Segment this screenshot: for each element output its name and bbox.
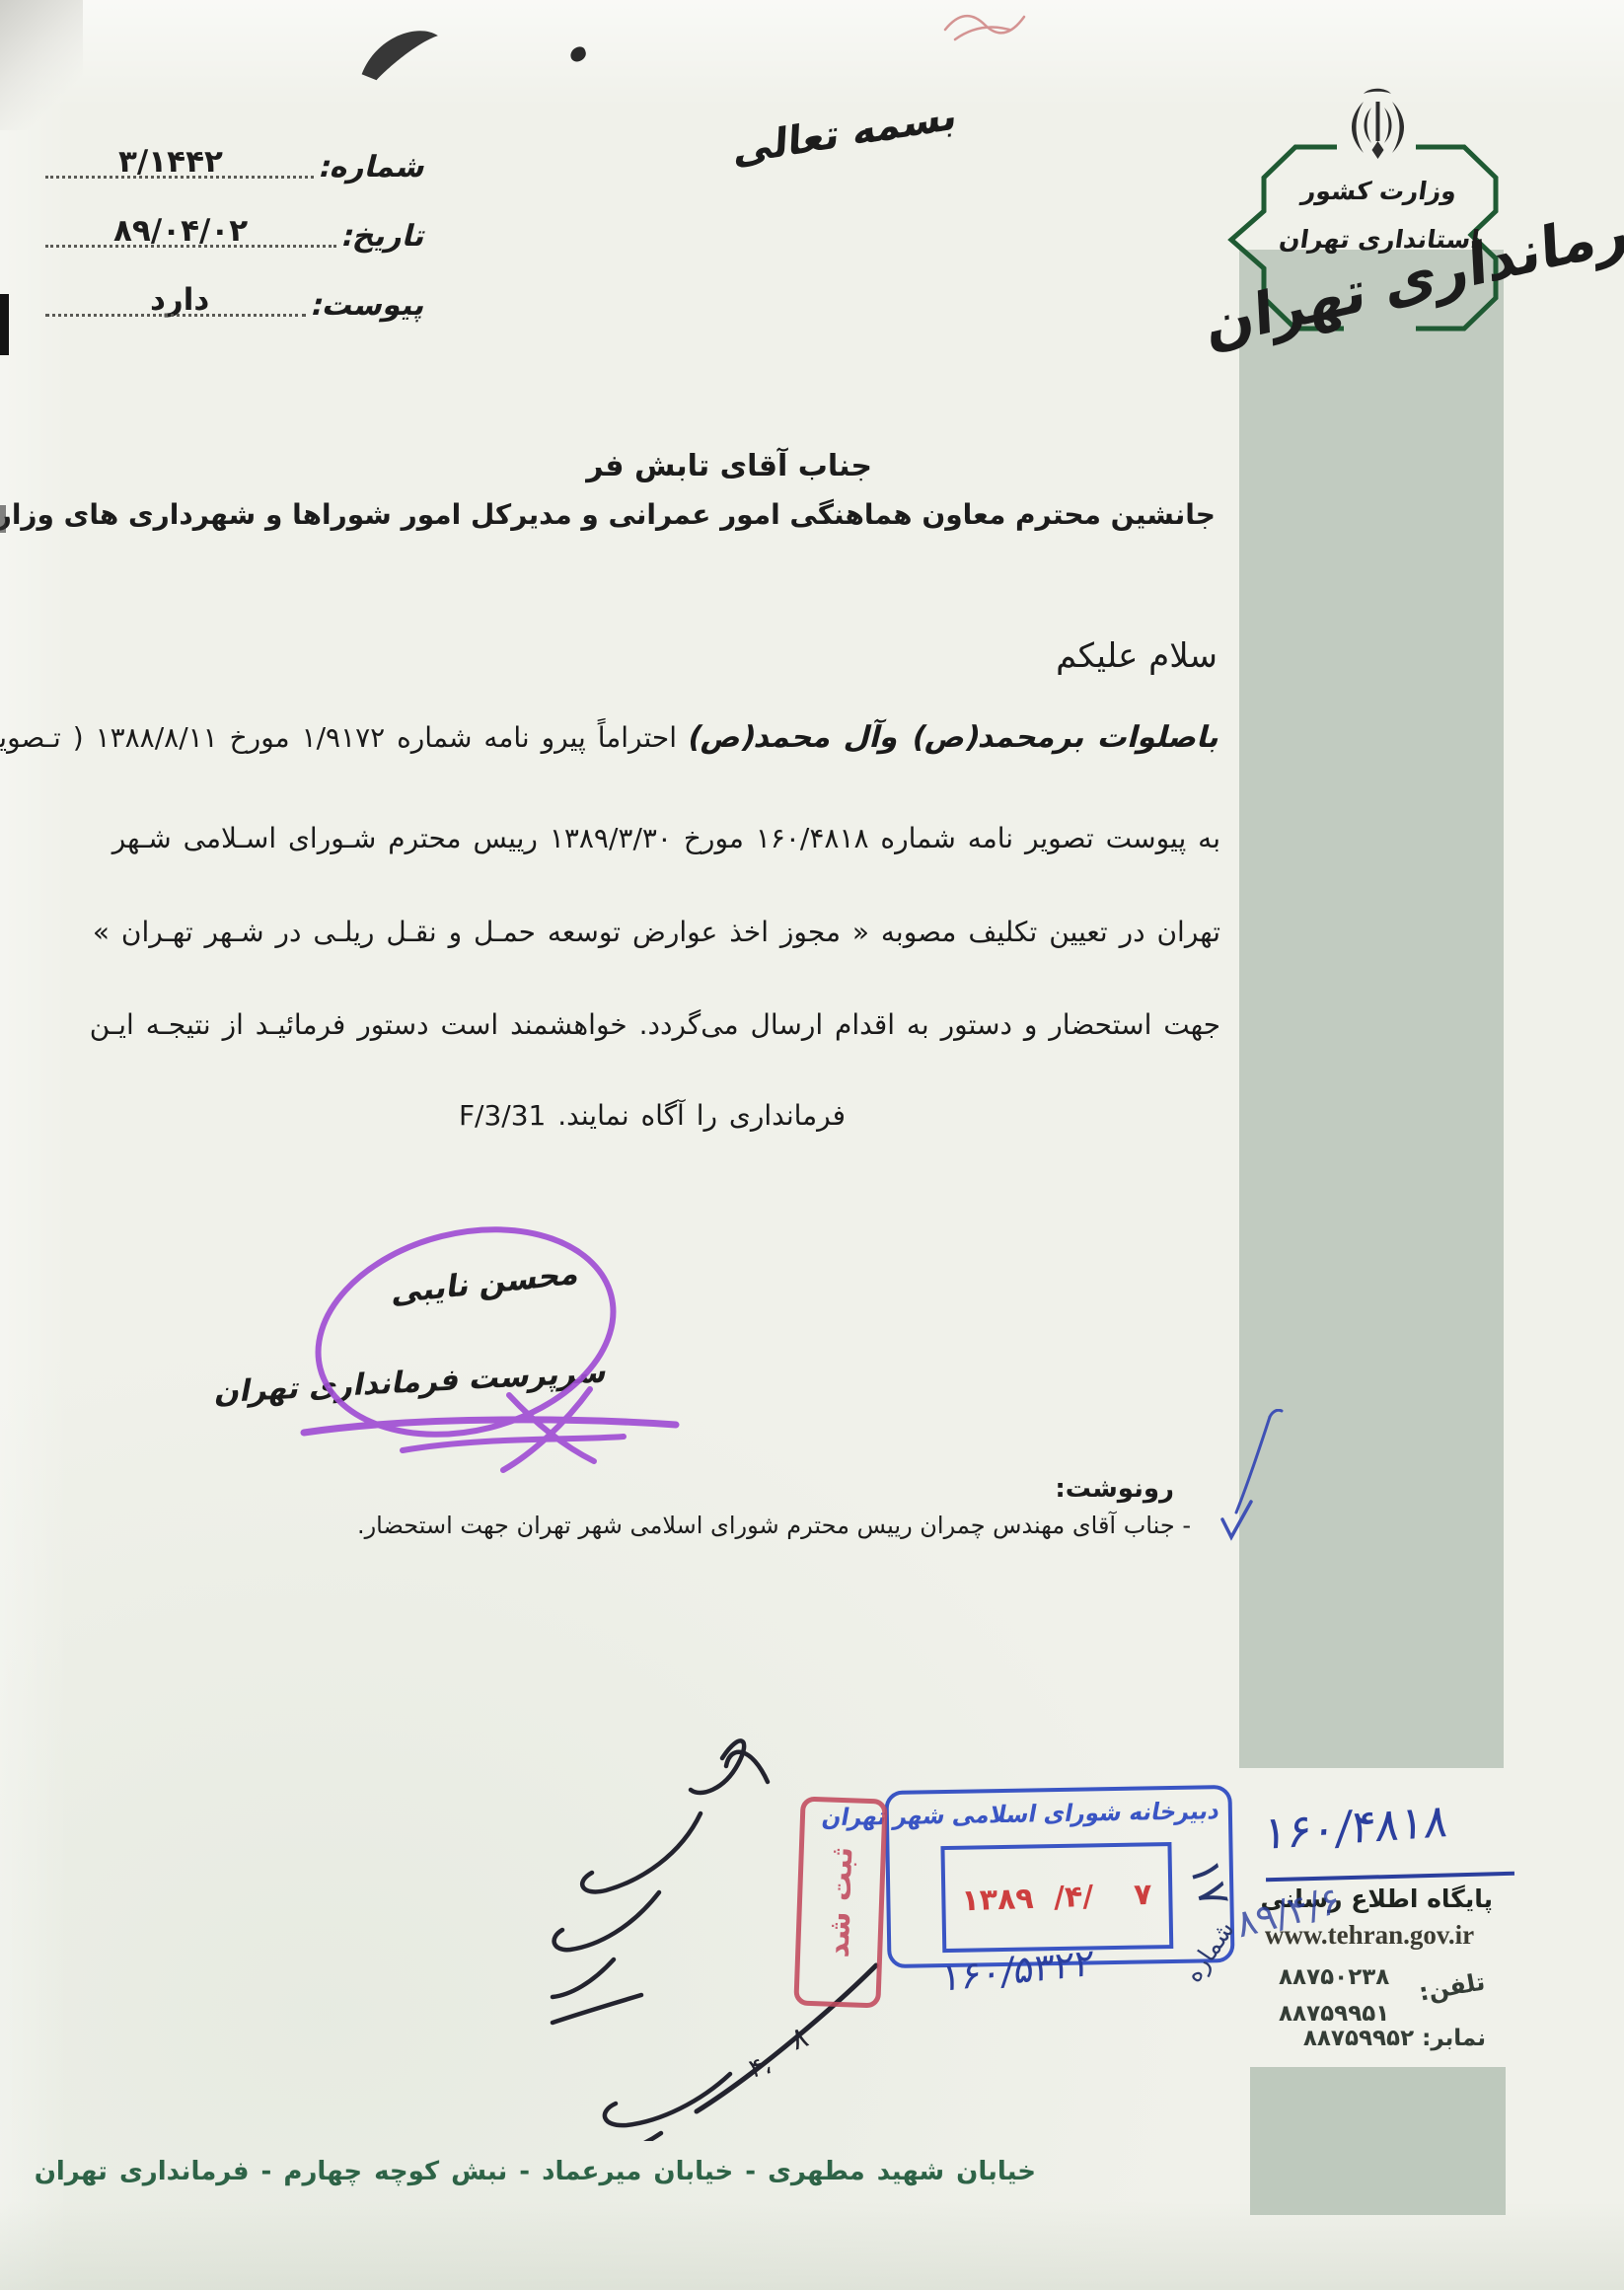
bismillah-heading: بسمه تعالی [732, 93, 959, 175]
cc-label: رونوشت: [1055, 1474, 1174, 1504]
blue-checkmark-icon [1209, 1409, 1288, 1557]
recipient-title-line: جانشین محترم معاون هماهنگی امور عمرانی و… [0, 498, 1216, 531]
fax-row: نمابر: ۸۸۷۵۹۹۵۲ [1279, 2026, 1486, 2051]
recipient-name-line: جناب آقای تابش فر [586, 449, 872, 483]
body-line-4: جهت استحضار و دستور به اقدام ارسال می‌گر… [90, 1008, 1220, 1041]
handwritten-reference-number: ۱۶۰/۴۸۱۸ [1261, 1789, 1520, 1861]
letter-date-label: تاریخ: [338, 219, 430, 254]
meta-row-date: ۸۹/۰۴/۰۲ تاریخ: [39, 219, 426, 254]
phone-numbers: ۸۸۷۵۰۲۳۸ ۸۸۷۵۹۹۵۱ [1279, 1959, 1389, 2032]
red-stamp-text: ثبت شد [822, 1846, 860, 1958]
cc-item: - جناب آقای مهندس چمران رییس محترم شورای… [357, 1512, 1191, 1539]
stamp-received-date: ۱۳۸۹ /۴/ ۷ [961, 1877, 1152, 1918]
letter-date-value: ۸۹/۰۴/۰۲ [113, 213, 248, 249]
top-ink-smear-artifact [353, 24, 447, 88]
scanned-letter-page: وزارت کشور استانداری تهران فرمانداری تهر… [0, 0, 1624, 2290]
red-pen-artifact [935, 0, 1039, 49]
small-ink-mark-artifact [568, 45, 588, 64]
body-line-1-text: احتراماً پیرو نامه شماره ۱/۹۱۷۲ مورخ ۱۳۸… [0, 721, 677, 754]
letter-number-label: شماره: [316, 150, 431, 185]
body-line-5: فرمانداری را آگاه نمایند. F/3/31 [459, 1099, 846, 1132]
iran-emblem-icon [1352, 89, 1404, 159]
registration-red-stamp: ثبت شد [793, 1797, 887, 2009]
fax-value: ۸۸۷۵۹۹۵۲ [1303, 2026, 1414, 2051]
stamp-title: دبیرخانه شورای اسلامی شهر تهران [895, 1797, 1222, 1830]
scan-edge-artifact [0, 294, 9, 355]
stamp-number-word: شماره [1178, 1915, 1239, 1987]
fax-label: نمابر: [1422, 2026, 1486, 2051]
stamp-margin-note: ۱۷ [1179, 1854, 1240, 1912]
letter-number-value: ۳/۱۴۴۲ [118, 144, 223, 180]
letterhead: وزارت کشور استانداری تهران فرمانداری تهر… [1164, 84, 1624, 409]
body-line-1: باصلوات برمحمد(ص) وآل محمد(ص) احتراماً پ… [0, 720, 1220, 755]
letter-attachment-value: دارد [150, 282, 209, 318]
meta-row-attachment: دارد پیوست: [39, 288, 426, 323]
body-line-2: به پیوست تصویر نامه شماره ۱۶۰/۴۸۱۸ مورخ … [112, 822, 1220, 854]
greeting-line: سلام علیکم [1056, 636, 1218, 676]
letter-attachment-label: پیوست: [308, 288, 430, 323]
signature-ink-marks [276, 1221, 710, 1478]
council-secretariat-stamp: دبیرخانه شورای اسلامی شهر تهران ۱۳۸۹ /۴/… [884, 1785, 1234, 1968]
signature-underline-2 [403, 1437, 624, 1450]
dotted-line [45, 245, 336, 248]
handwritten-reference-underline [1266, 1872, 1514, 1883]
footer-address: خیابان شهید مطهری - خیابان میرعماد - نبش… [202, 2157, 1036, 2186]
bottom-right-gray-band [1250, 2067, 1506, 2215]
page-corner-fold-artifact [0, 0, 83, 130]
letterhead-ministry: وزارت کشور [1281, 177, 1478, 205]
scan-edge-artifact [0, 505, 6, 533]
phone-label: تلفن: [1417, 1967, 1487, 2006]
dotted-line [45, 176, 314, 179]
meta-row-number: ۳/۱۴۴۲ شماره: [39, 150, 426, 185]
stamp-date-box: ۱۳۸۹ /۴/ ۷ [940, 1842, 1173, 1953]
phone-number-1: ۸۸۷۵۰۲۳۸ [1279, 1959, 1389, 1996]
dotted-line [45, 314, 306, 317]
body-line-3: تهران در تعیین تکلیف مصوبه « مجوز اخذ عو… [93, 916, 1220, 948]
religious-invocation: باصلوات برمحمد(ص) وآل محمد(ص) [685, 720, 1225, 755]
